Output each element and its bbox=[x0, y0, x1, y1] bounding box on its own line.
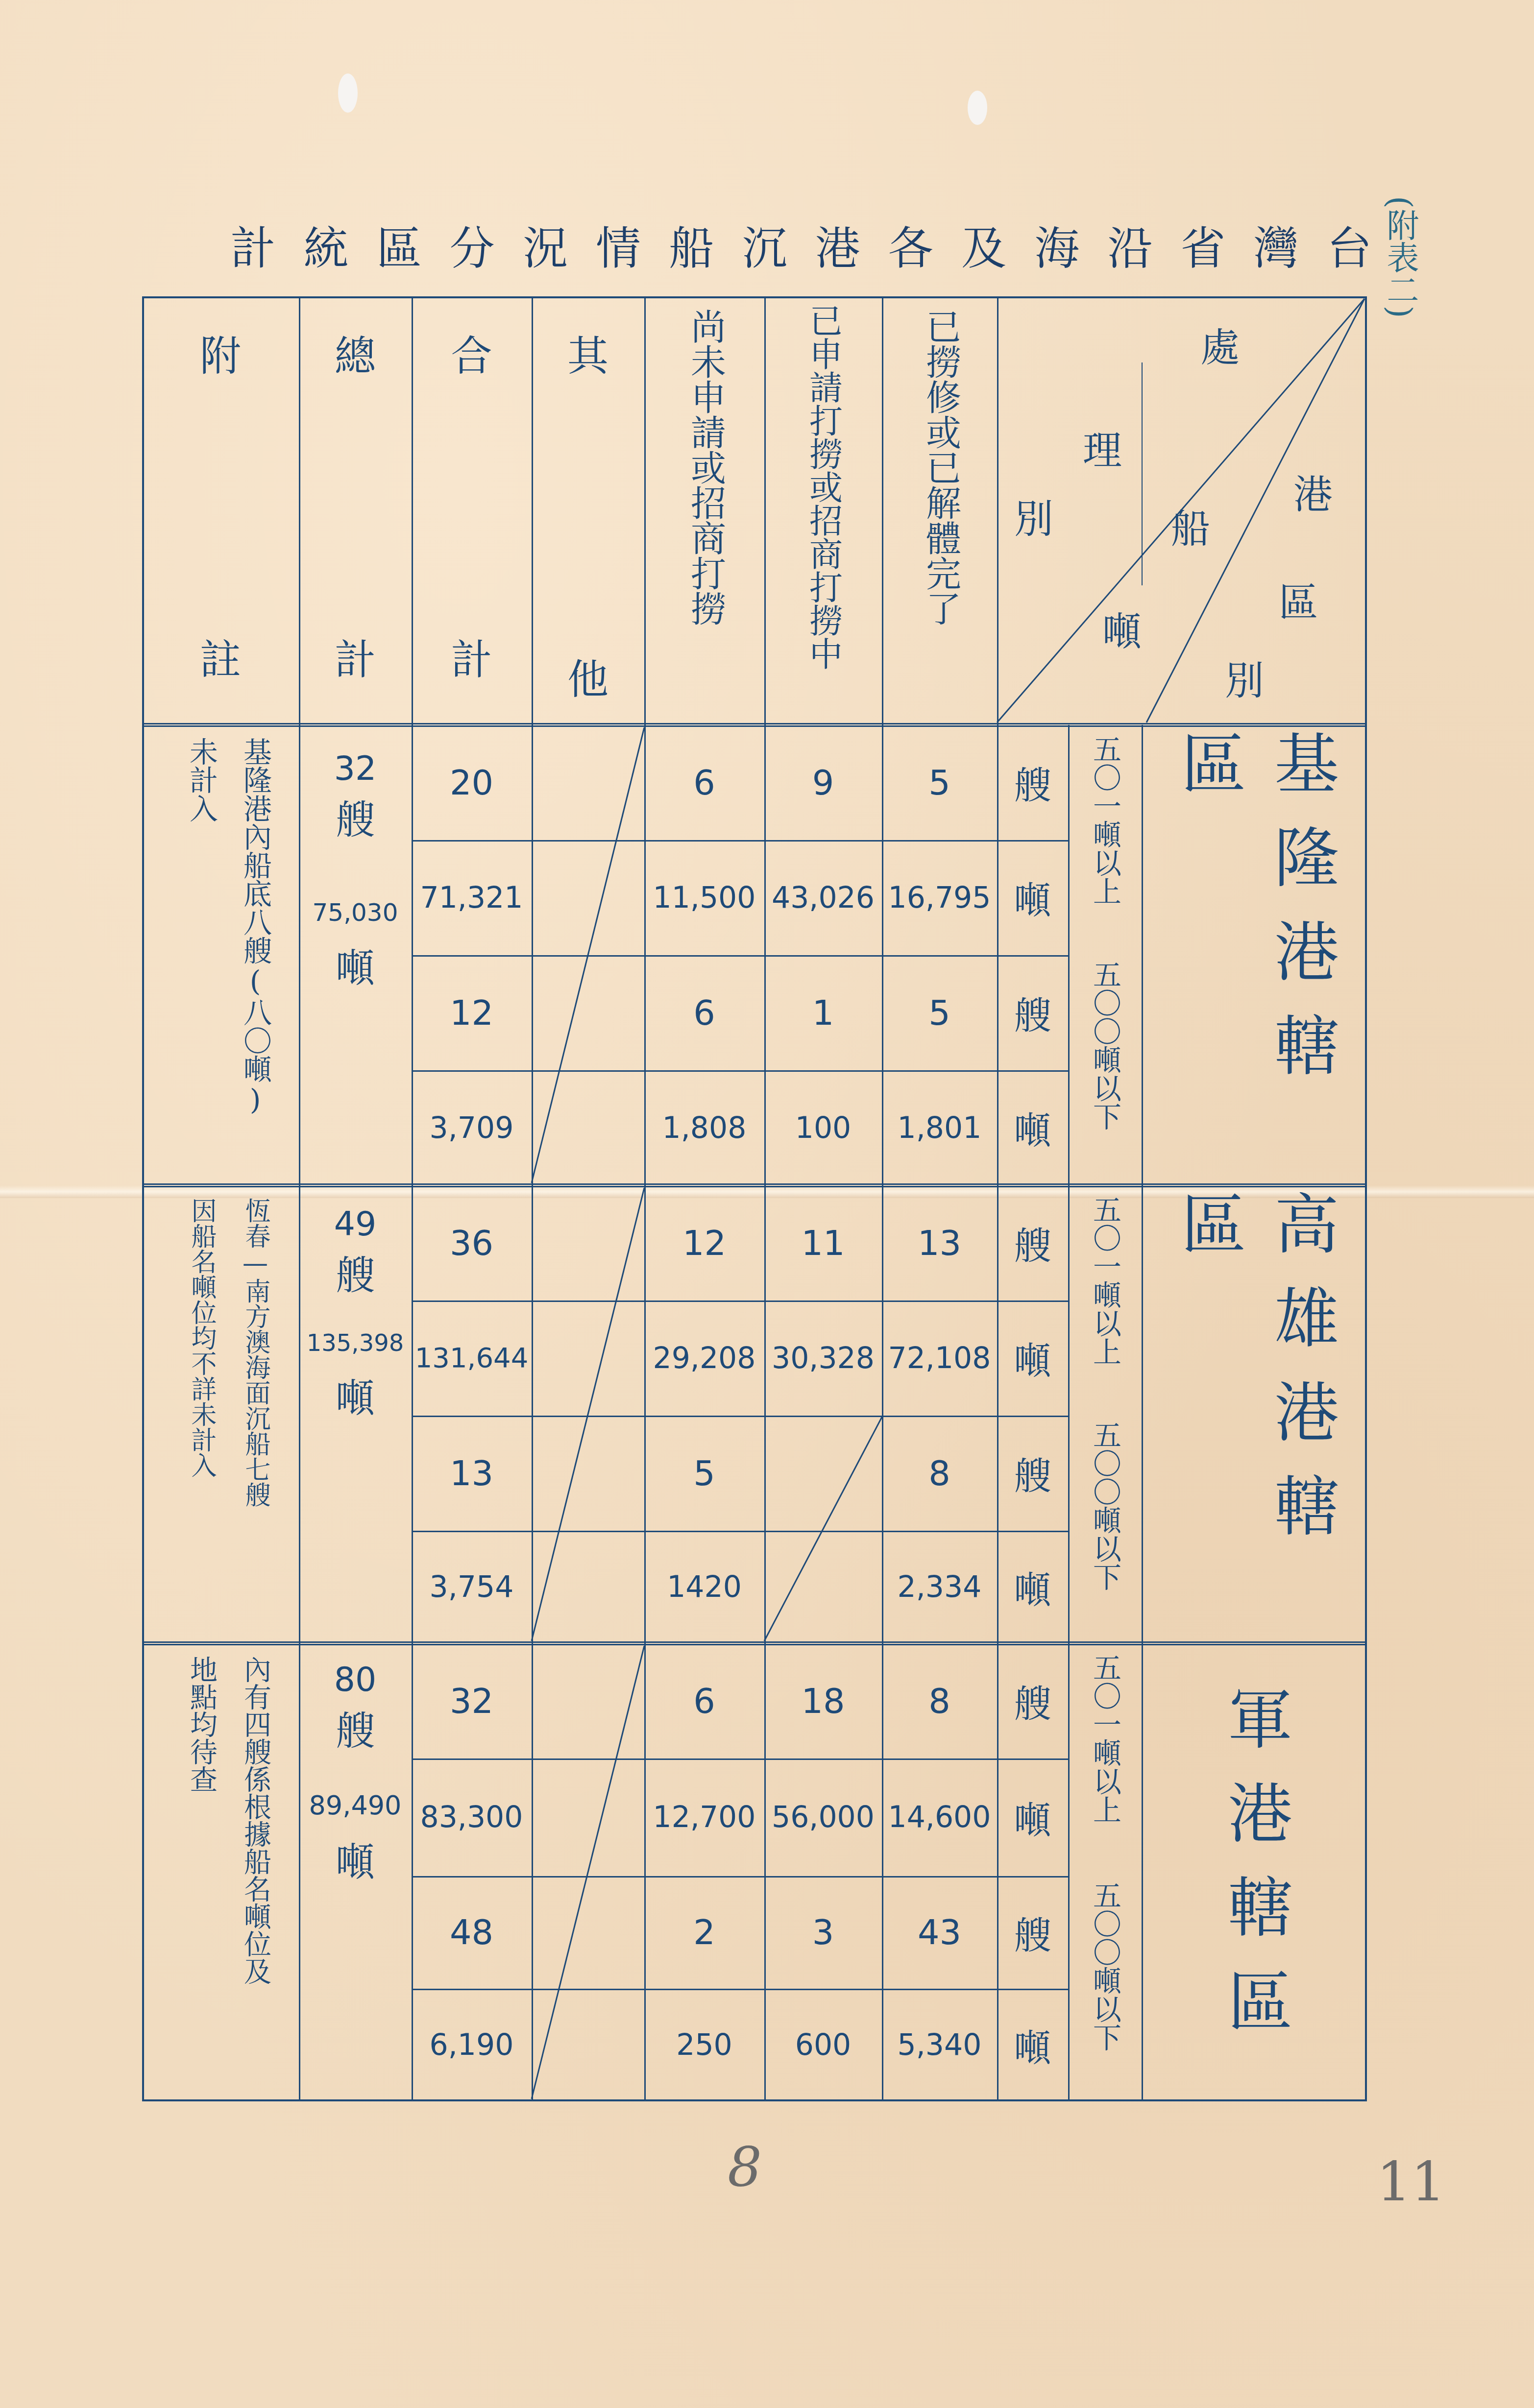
cell-not-applied: 250 bbox=[644, 1989, 764, 2101]
cell-subtotal: 3,754 bbox=[412, 1531, 532, 1643]
unit-ships: 艘 bbox=[336, 788, 375, 844]
cell-applied: 43,026 bbox=[764, 840, 882, 955]
cell-salvaged: 72,108 bbox=[882, 1300, 997, 1416]
cell-applied: 11 bbox=[764, 1185, 882, 1300]
cell-not-applied: 29,208 bbox=[644, 1300, 764, 1416]
unit-ships: 艘 bbox=[336, 1699, 375, 1756]
cell-not-applied: 5 bbox=[644, 1416, 764, 1531]
diag-label-port-region: 港 bbox=[1293, 463, 1333, 519]
cell-not-applied: 12,700 bbox=[644, 1758, 764, 1876]
header-remarks-2: 註 bbox=[142, 627, 299, 686]
remark-line: 基隆港內船底八艘(八〇噸) bbox=[235, 737, 275, 1173]
cell-not-applied: 1,808 bbox=[644, 1070, 764, 1185]
page-mark-center: 8 bbox=[728, 2136, 762, 2198]
cell-salvaged: 5,340 bbox=[882, 1989, 997, 2101]
unit-tons: 噸 bbox=[336, 1830, 375, 1887]
unit-tons: 噸 bbox=[336, 937, 375, 993]
header-salvaged: 已撈修或已解體完了 bbox=[919, 309, 963, 715]
cell-salvaged: 8 bbox=[882, 1643, 997, 1758]
tonnage-range: 五〇一噸以上 bbox=[1083, 1195, 1127, 1406]
cell-subtotal: 36 bbox=[412, 1185, 532, 1300]
unit-ships: 艘 bbox=[997, 955, 1068, 1070]
cell-salvaged: 5 bbox=[882, 955, 997, 1070]
unit-ships: 艘 bbox=[997, 725, 1068, 840]
header-not-applied: 尚未申請或招商打撈 bbox=[683, 309, 728, 715]
cell-salvaged: 5 bbox=[882, 725, 997, 840]
unit-tons: 噸 bbox=[336, 1367, 375, 1423]
cell-salvaged: 14,600 bbox=[882, 1758, 997, 1876]
remark-line: 未計入 bbox=[181, 737, 221, 1173]
tonnage-range: 五〇一噸以上 bbox=[1083, 735, 1127, 945]
cell-salvaged: 13 bbox=[882, 1185, 997, 1300]
cell-not-applied: 11,500 bbox=[644, 840, 764, 955]
diag-label-port-region: 區 bbox=[1279, 571, 1318, 627]
region-name: 基隆港轄區 bbox=[1142, 730, 1367, 1180]
unit-tons: 噸 bbox=[997, 1531, 1068, 1643]
unit-ships: 艘 bbox=[997, 1185, 1068, 1300]
unit-ships: 艘 bbox=[997, 1416, 1068, 1531]
tonnage-range: 五〇〇噸以下 bbox=[1083, 1421, 1127, 1631]
header-total-2: 計 bbox=[299, 627, 412, 686]
unit-tons: 噸 bbox=[997, 1758, 1068, 1876]
unit-tons: 噸 bbox=[997, 1070, 1068, 1185]
cell-applied: 30,328 bbox=[764, 1300, 882, 1416]
diagonal-header: 處 理 別 船 噸 港 區 別 bbox=[995, 296, 1367, 725]
cell-applied: 1 bbox=[764, 955, 882, 1070]
cell-applied: 56,000 bbox=[764, 1758, 882, 1876]
cell-subtotal: 12 bbox=[412, 955, 532, 1070]
cell-subtotal: 83,300 bbox=[412, 1758, 532, 1876]
remark-line: 內有四艘係根據船名噸位及 bbox=[235, 1656, 275, 2092]
remark-line: 因船名噸位均不詳未計入 bbox=[181, 1198, 221, 1634]
header-total: 總 bbox=[299, 323, 412, 383]
tonnage-range: 五〇〇噸以下 bbox=[1083, 1881, 1127, 2092]
cell-salvaged: 1,801 bbox=[882, 1070, 997, 1185]
unit-ships: 艘 bbox=[997, 1643, 1068, 1758]
diag-label-tonnage: 船 bbox=[1171, 497, 1210, 554]
cell-salvaged: 2,334 bbox=[882, 1531, 997, 1643]
unit-tons: 噸 bbox=[997, 840, 1068, 955]
header-other-2: 他 bbox=[532, 647, 644, 706]
diag-label-disposition: 理 bbox=[1083, 419, 1122, 475]
cell-applied: 100 bbox=[764, 1070, 882, 1185]
total-ships: 49 bbox=[334, 1205, 377, 1244]
total-ships: 32 bbox=[334, 749, 377, 788]
total-ships: 80 bbox=[334, 1661, 377, 1699]
total-tons: 75,030 bbox=[313, 898, 398, 927]
header-remarks: 附 bbox=[142, 323, 299, 383]
cell-subtotal: 32 bbox=[412, 1643, 532, 1758]
total-tons: 89,490 bbox=[309, 1790, 402, 1821]
cell-salvaged: 8 bbox=[882, 1416, 997, 1531]
header-subtotal-2: 計 bbox=[412, 627, 532, 686]
remark-line: 恆春—南方澳海面沉船七艘 bbox=[235, 1198, 275, 1634]
cell-salvaged: 16,795 bbox=[882, 840, 997, 955]
cell-not-applied: 2 bbox=[644, 1876, 764, 1989]
total-tons: 135,398 bbox=[307, 1329, 404, 1357]
tonnage-range: 五〇〇噸以下 bbox=[1083, 960, 1127, 1171]
unit-tons: 噸 bbox=[997, 1989, 1068, 2101]
region-total: 80 艘 89,490 噸 bbox=[299, 1661, 412, 1887]
cell-salvaged: 43 bbox=[882, 1876, 997, 1989]
page-mark-right: 11 bbox=[1377, 2150, 1445, 2213]
diag-label-disposition: 別 bbox=[1014, 487, 1053, 544]
region-name: 軍港轄區 bbox=[1142, 1648, 1367, 2099]
unit-ships: 艘 bbox=[336, 1244, 375, 1300]
region-total: 49 艘 135,398 噸 bbox=[299, 1205, 412, 1423]
cell-subtotal: 131,644 bbox=[412, 1300, 532, 1416]
header-other: 其 bbox=[532, 323, 644, 383]
unit-ships: 艘 bbox=[997, 1876, 1068, 1989]
tonnage-range: 五〇一噸以上 bbox=[1083, 1653, 1127, 1864]
diag-label-tonnage: 噸 bbox=[1102, 600, 1142, 656]
cell-not-applied: 1420 bbox=[644, 1531, 764, 1643]
cell-not-applied: 6 bbox=[644, 955, 764, 1070]
cell-applied: 3 bbox=[764, 1876, 882, 1989]
region-name: 高雄港轄區 bbox=[1142, 1190, 1367, 1641]
header-applied: 已申請打撈或招商打撈中 bbox=[801, 304, 845, 720]
diag-label-disposition: 處 bbox=[1200, 316, 1240, 372]
cell-not-applied: 6 bbox=[644, 1643, 764, 1758]
cell-subtotal: 48 bbox=[412, 1876, 532, 1989]
cell-subtotal: 3,709 bbox=[412, 1070, 532, 1185]
cell-not-applied: 12 bbox=[644, 1185, 764, 1300]
header-subtotal: 合 bbox=[412, 323, 532, 383]
unit-tons: 噸 bbox=[997, 1300, 1068, 1416]
cell-applied: 600 bbox=[764, 1989, 882, 2101]
cell-subtotal: 71,321 bbox=[412, 840, 532, 955]
cell-not-applied: 6 bbox=[644, 725, 764, 840]
cell-subtotal: 20 bbox=[412, 725, 532, 840]
cell-applied: 9 bbox=[764, 725, 882, 840]
remark-line: 地點均待查 bbox=[181, 1656, 221, 1901]
cell-subtotal: 13 bbox=[412, 1416, 532, 1531]
region-total: 32 艘 75,030 噸 bbox=[299, 749, 412, 993]
diag-label-port-region: 別 bbox=[1225, 649, 1264, 705]
cell-subtotal: 6,190 bbox=[412, 1989, 532, 2101]
cell-applied: 18 bbox=[764, 1643, 882, 1758]
